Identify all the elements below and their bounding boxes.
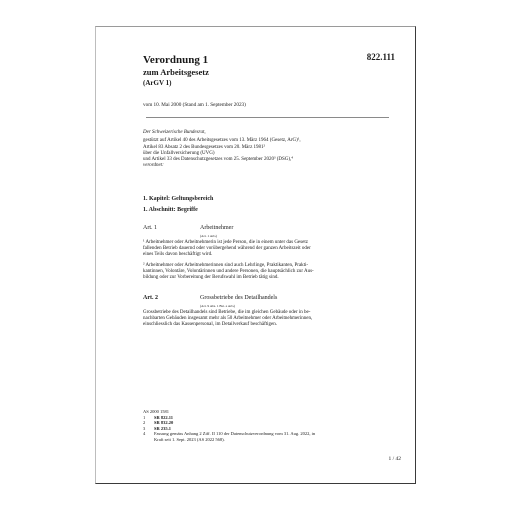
article-title: Grossbetriebe des Detailhandels — [200, 295, 277, 301]
article-paragraph: ² Arbeitnehmer oder Arbeitnehmerinnen si… — [143, 263, 371, 282]
footnote: 1SR 822.11 2SR 832.20 3SR 235.1 4Fassung… — [143, 415, 315, 442]
article-number: Art. 1 — [143, 225, 157, 231]
chapter-heading: 1. Kapitel: Geltungsbereich — [143, 196, 213, 202]
document-page: Verordnung 1 zum Arbeitsgesetz (ArGV 1) … — [95, 26, 416, 484]
preamble-closing: verordnet: — [143, 163, 301, 169]
preamble-line: gestützt auf Artikel 40 des Arbeitsgeset… — [143, 138, 301, 144]
preamble-line: und Artikel 33 des Datenschutzgesetzes v… — [143, 157, 301, 163]
article-reference: (Art. 1 ArG) — [200, 234, 217, 238]
footnote-header: AS 2000 1581 — [143, 409, 169, 414]
title-separator — [146, 117, 389, 118]
article-reference: (Art. 9 Abs. 1 Bst. a ArG) — [200, 304, 235, 308]
article-paragraph: Grossbetriebe des Detailhandels sind Bet… — [143, 310, 371, 329]
article-number: Art. 2 — [143, 295, 158, 301]
preamble: Der Schweizerische Bundesrat, gestützt a… — [143, 130, 301, 170]
section-heading: 1. Abschnitt: Begriffe — [143, 207, 198, 213]
date-line: vom 10. Mai 2000 (Stand am 1. September … — [143, 102, 246, 108]
document-abbreviation: (ArGV 1) — [143, 79, 171, 87]
article-paragraph: ¹ Arbeitnehmer oder Arbeitnehmerin ist j… — [143, 240, 371, 259]
document-subtitle: zum Arbeitsgesetz — [143, 67, 209, 77]
sr-number: 822.111 — [367, 52, 395, 62]
document-title: Verordnung 1 — [143, 54, 208, 66]
article-title: Arbeitnehmer — [200, 225, 233, 231]
page-number: 1 / 42 — [388, 456, 401, 462]
